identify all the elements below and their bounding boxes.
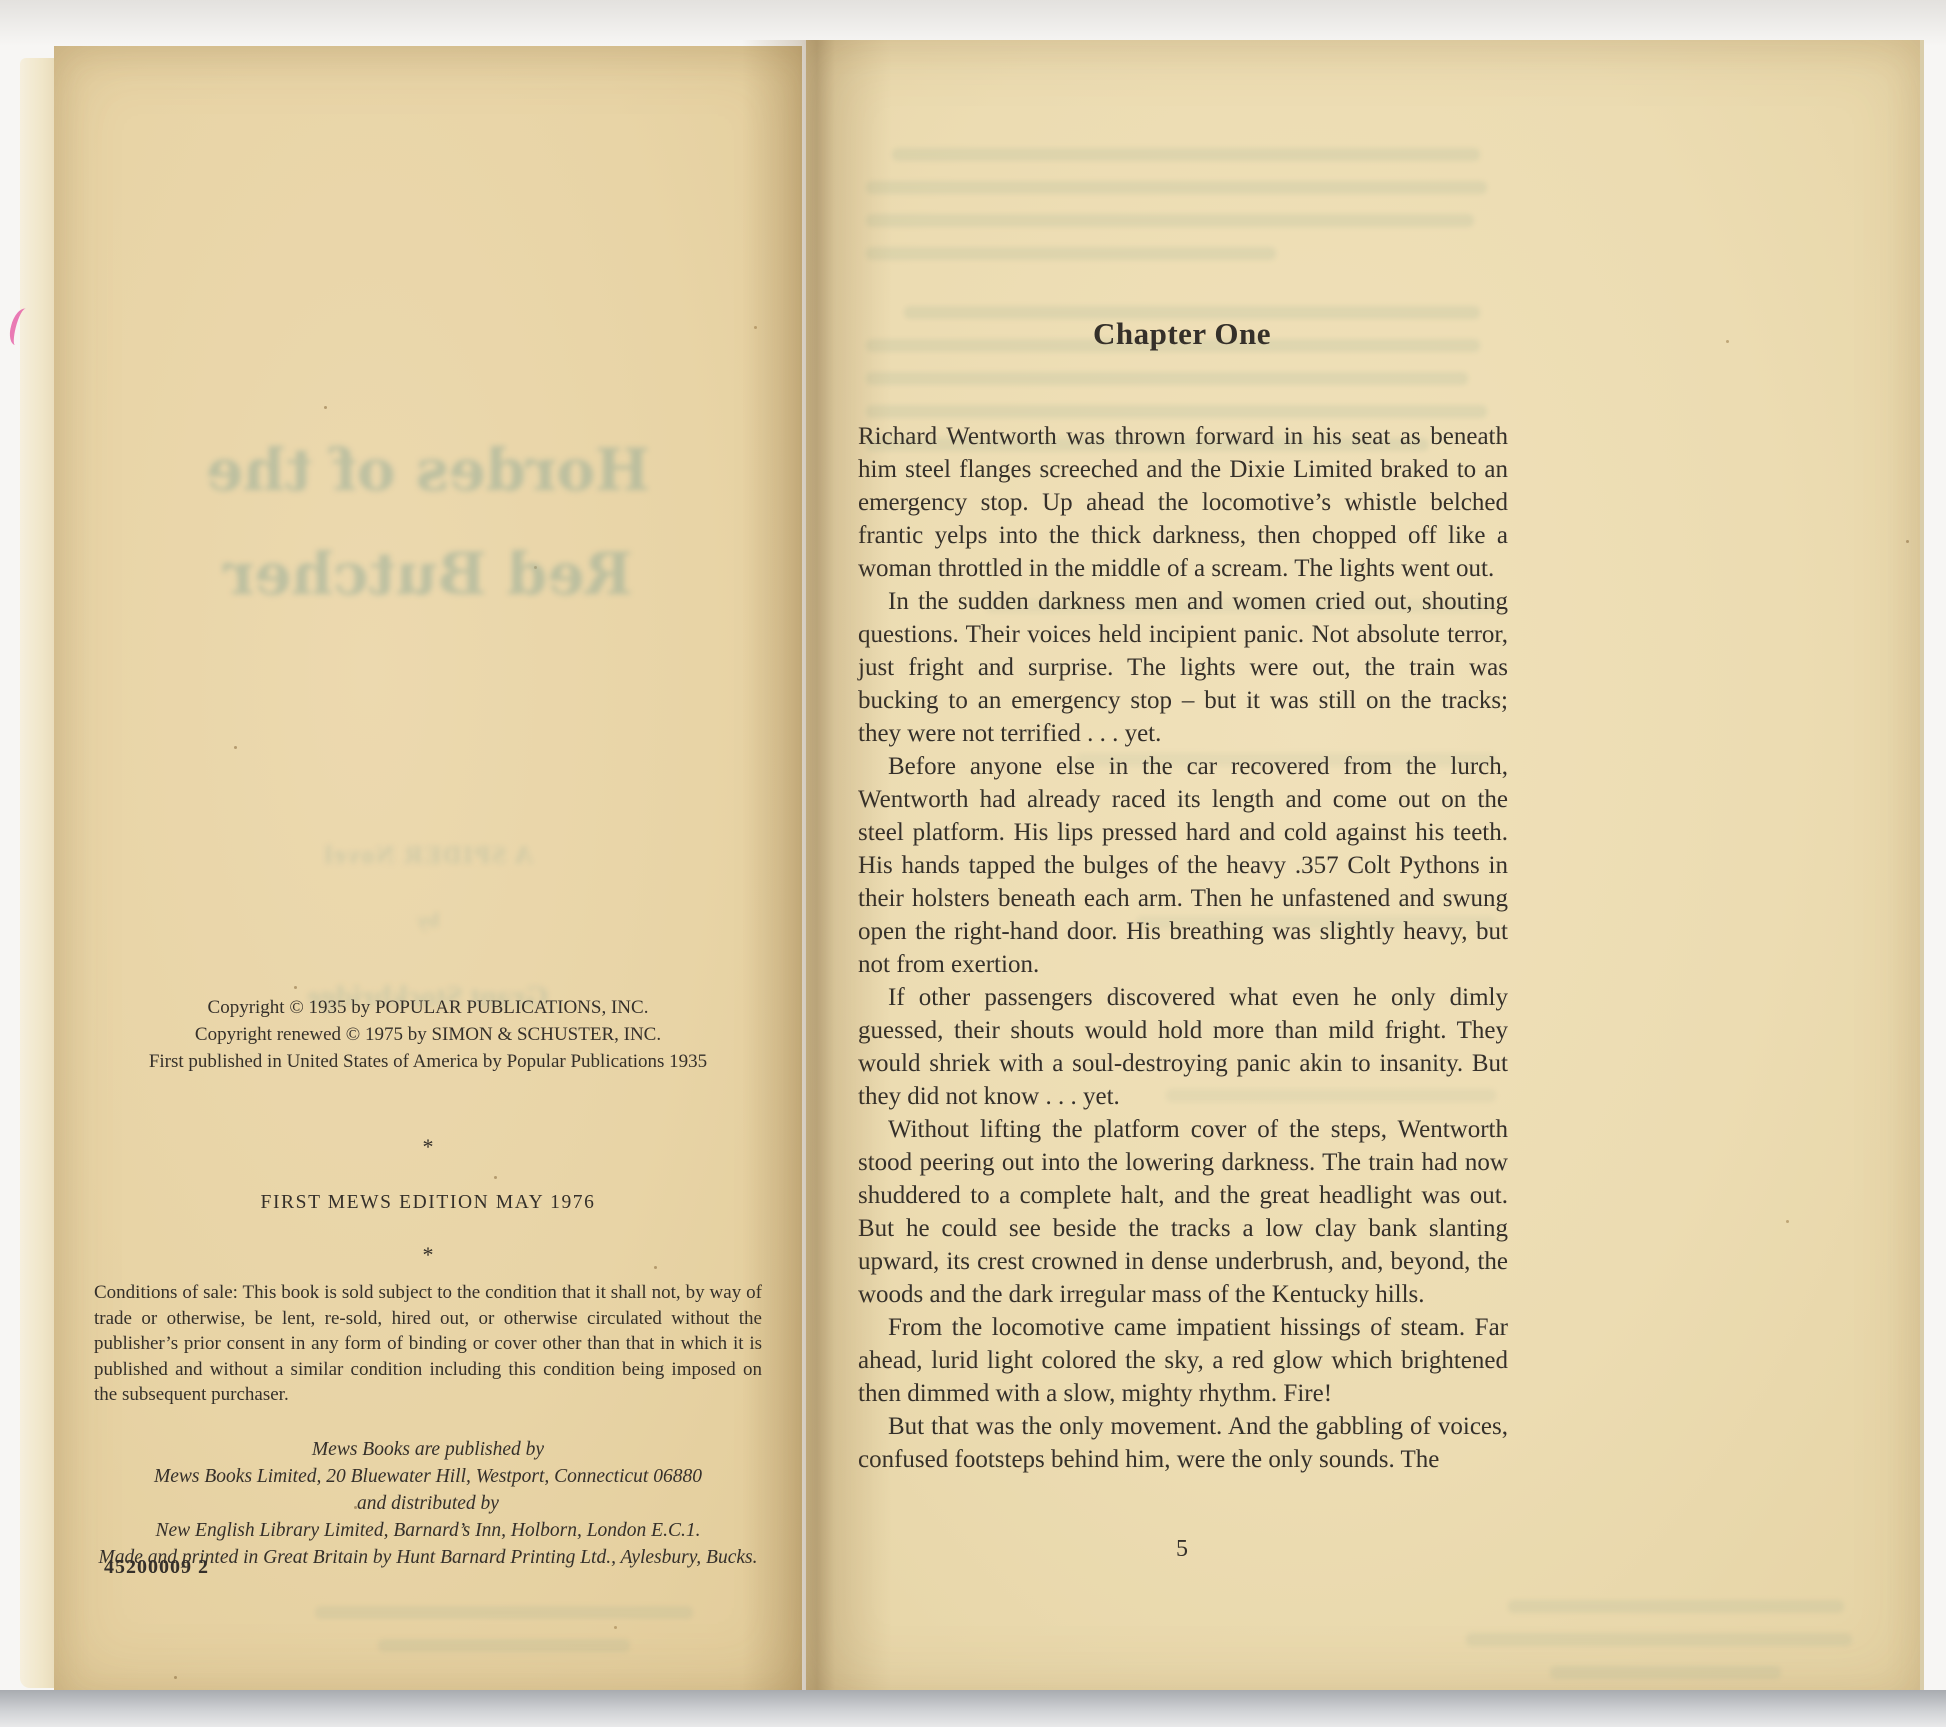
left-page: Hordes of the Red Butcher A SPIDER Novel… [54,46,802,1692]
copyright-line: First published in United States of Amer… [94,1048,762,1075]
paper-speckles [1906,540,1909,543]
edition-line: FIRST MEWS EDITION MAY 1976 [94,1192,762,1214]
body-paragraph: Before anyone else in the car recovered … [858,750,1508,981]
left-page-edge-stack [20,58,56,1688]
copyright-block: Copyright © 1935 by POPULAR PUBLICATIONS… [94,994,762,1075]
show-through-title-line1: Hordes of the [94,418,762,522]
chapter-heading: Chapter One [858,316,1506,352]
printer-code: 45200009 2 [104,1556,209,1579]
show-through-series: A SPIDER Novel [94,842,762,870]
body-paragraph: But that was the only movement. And the … [858,1410,1508,1476]
imprint-line: Mews Books Limited, 20 Bluewater Hill, W… [94,1463,762,1490]
right-page: Chapter One Richard Wentworth was thrown… [806,40,1924,1692]
imprint-block: Mews Books are published by Mews Books L… [94,1436,762,1571]
asterisk-separator: * [94,1134,762,1160]
copyright-line: Copyright renewed © 1975 by SIMON & SCHU… [94,1021,762,1048]
show-through-title-line2: Red Butcher [94,522,762,626]
show-through-by: by [94,908,762,933]
body-paragraph: Richard Wentworth was thrown forward in … [858,420,1508,585]
copyright-line: Copyright © 1935 by POPULAR PUBLICATIONS… [94,994,762,1021]
page-number: 5 [858,1536,1506,1563]
body-paragraph: Without lifting the platform cover of th… [858,1113,1508,1311]
imprint-line: New English Library Limited, Barnard’s I… [94,1517,762,1544]
conditions-of-sale: Conditions of sale: This book is sold su… [94,1280,762,1408]
book-scan: Hordes of the Red Butcher A SPIDER Novel… [0,0,1946,1727]
asterisk-separator: * [94,1242,762,1268]
show-through-title: Hordes of the Red Butcher [94,418,762,626]
body-paragraph: From the locomotive came impatient hissi… [858,1311,1508,1410]
paper-speckles [234,746,237,749]
imprint-line: Mews Books are published by [94,1436,762,1463]
body-paragraph: In the sudden darkness men and women cri… [858,585,1508,750]
body-paragraph: If other passengers discovered what even… [858,981,1508,1113]
book-bottom-edge-shadow [0,1690,1946,1727]
show-through-ghost-lines-bottom [294,1606,714,1672]
show-through-ghost-lines-bottom-right [1466,1600,1886,1699]
chapter-body: Richard Wentworth was thrown forward in … [858,420,1508,1476]
imprint-line: and distributed by [94,1490,762,1517]
